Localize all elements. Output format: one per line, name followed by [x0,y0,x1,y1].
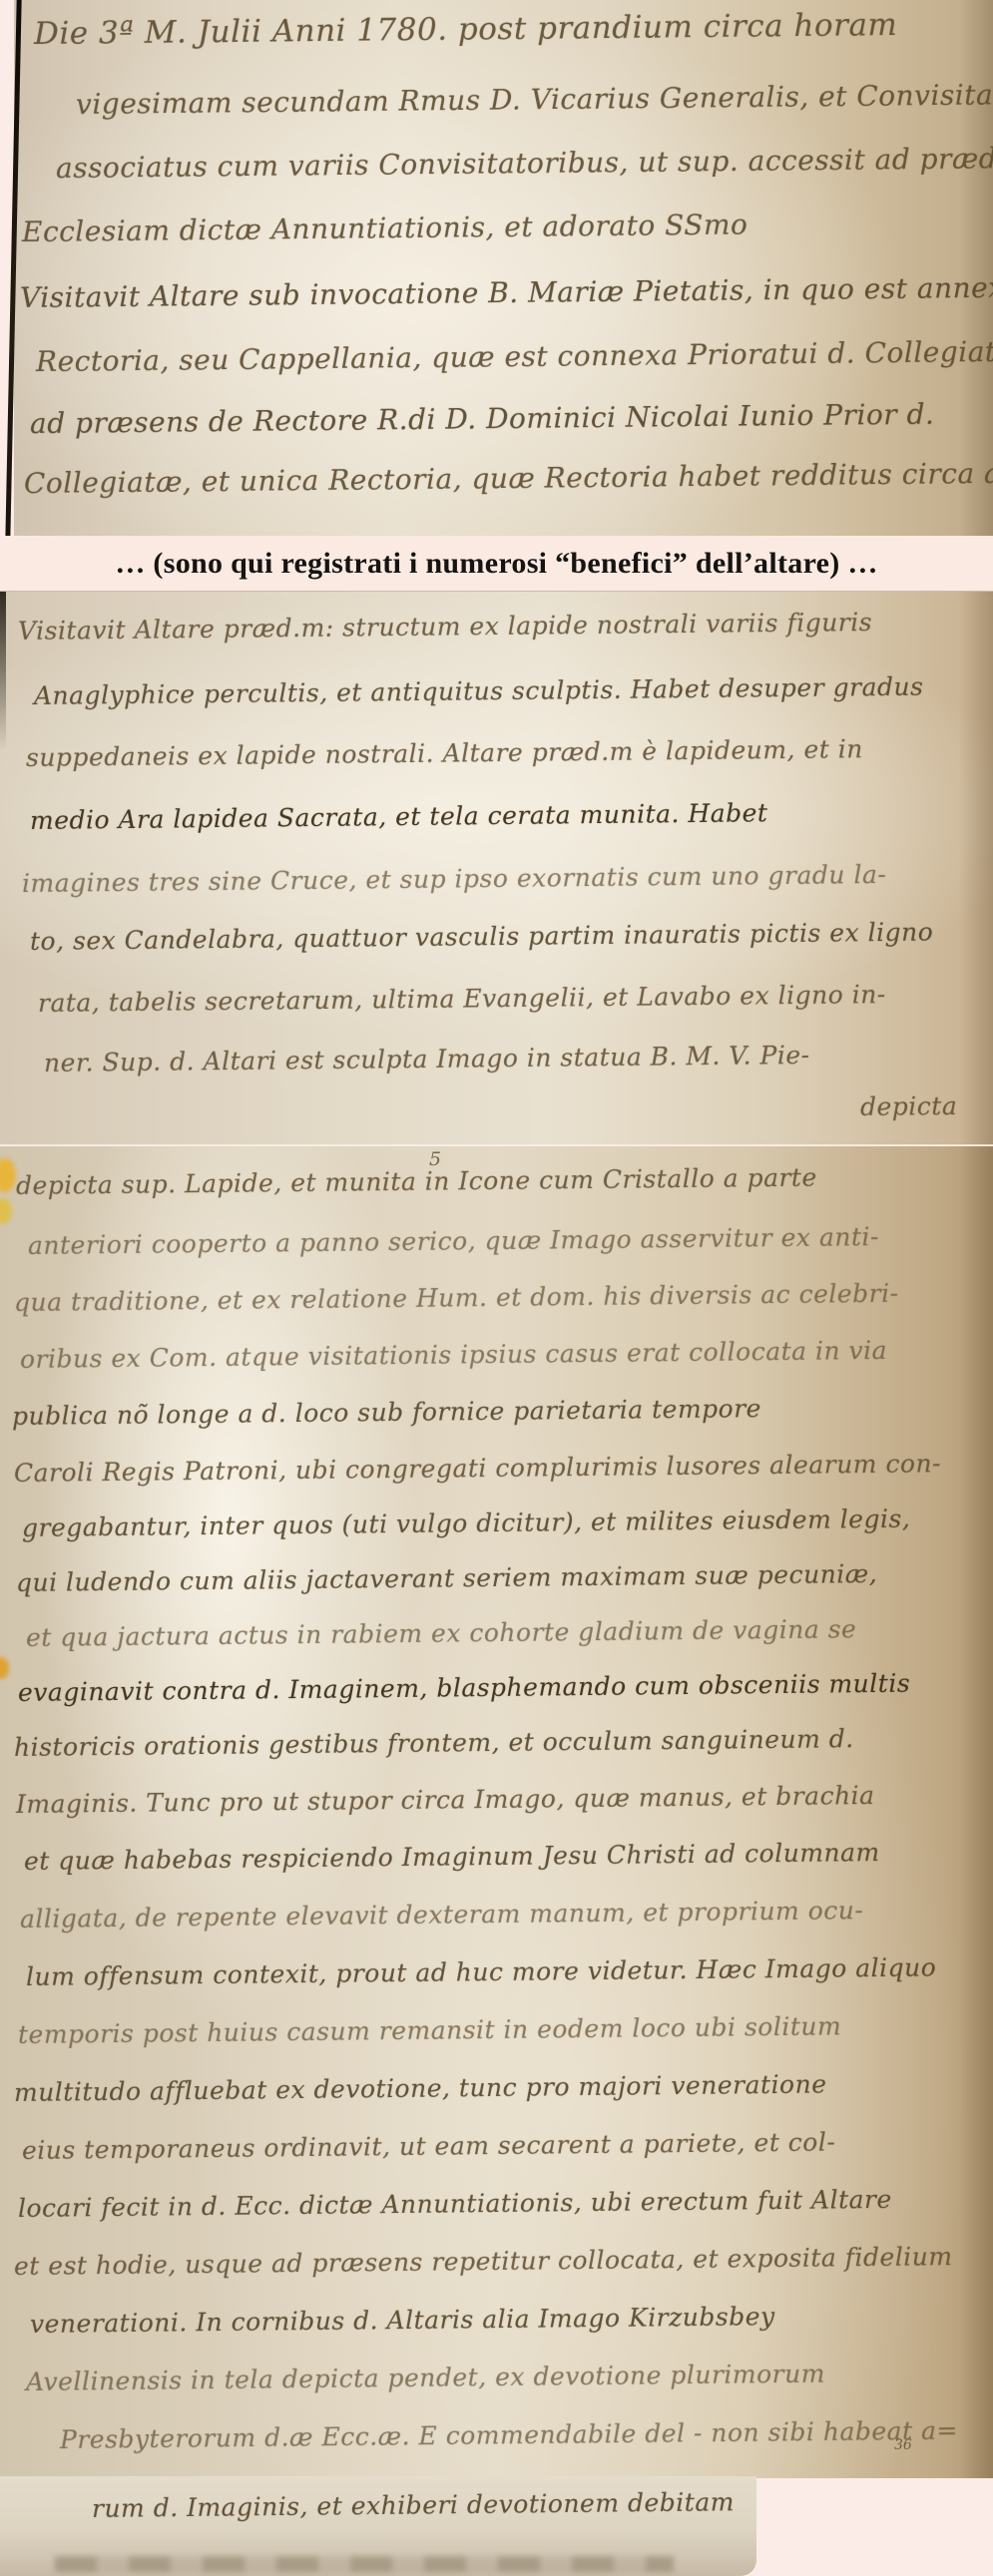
manuscript-fragment-top: Die 3ª M. Julii Anni 1780. post prandium… [0,0,993,536]
manuscript-strip-bottom: rum d. Imaginis, et exhiberi devotionem … [0,2476,756,2576]
scan-edge-shadow [0,592,6,751]
manuscript-catchword: depicta [860,1091,958,1121]
editorial-caption: … (sono qui registrati i numerosi “benef… [0,536,993,591]
page-number: 36 [894,2437,912,2453]
manuscript-fragment-bottom: 5 depicta sup. Lapide, et munita in Icon… [0,1144,993,2478]
manuscript-fragment-middle: Visitavit Altare præd.m: structum ex lap… [0,591,993,1145]
scanned-manuscript-page: Die 3ª M. Julii Anni 1780. post prandium… [0,0,993,2576]
faded-text-smudge [55,2556,674,2572]
